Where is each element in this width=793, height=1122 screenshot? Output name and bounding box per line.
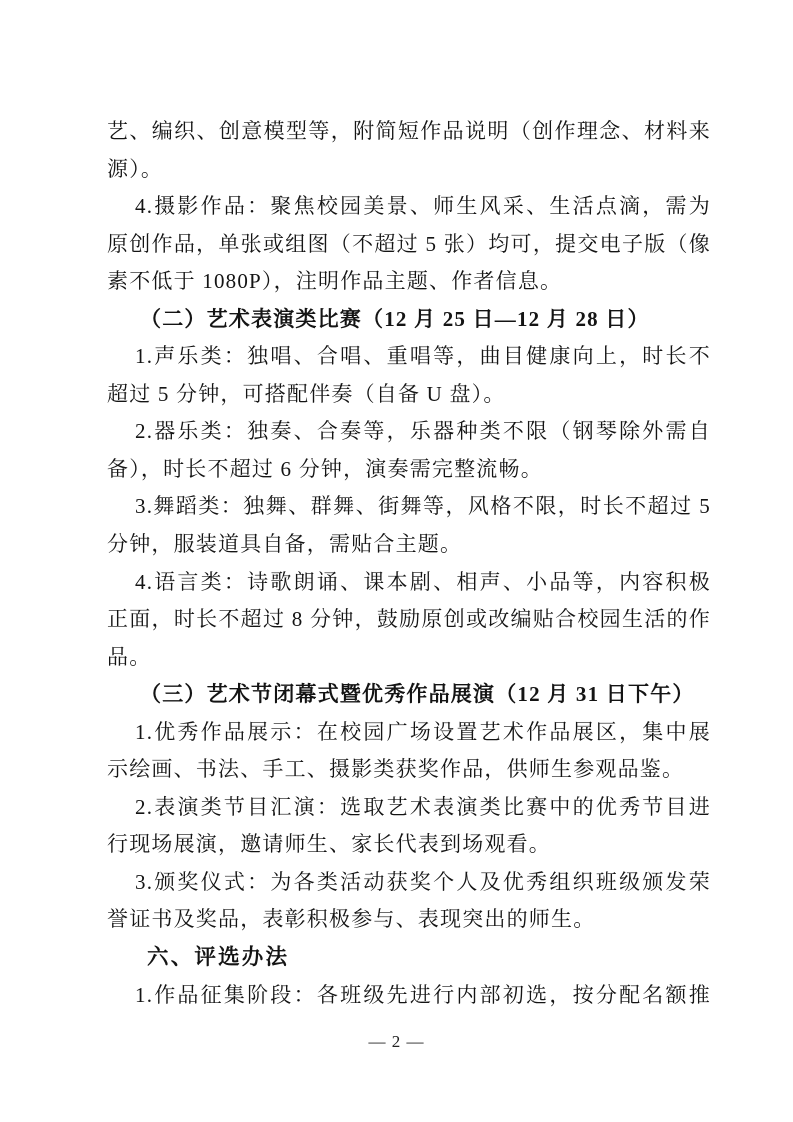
text-line: 1.声乐类：独唱、合唱、重唱等，曲目健康向上，时长不 (107, 338, 711, 376)
text-line: 品。 (107, 639, 711, 677)
page-footer: — 2 — (0, 1031, 793, 1053)
text-line: 4.摄影作品：聚焦校园美景、师生风采、生活点滴，需为 (107, 188, 711, 226)
text-line: 源）。 (107, 151, 711, 189)
text-line: 3.舞蹈类：独舞、群舞、街舞等，风格不限，时长不超过 5 (107, 488, 711, 526)
text-line: 1.作品征集阶段：各班级先进行内部初选，按分配名额推 (107, 977, 711, 1015)
text-line: 2.表演类节目汇演：选取艺术表演类比赛中的优秀节目进 (107, 789, 711, 827)
text-line: 1.优秀作品展示：在校园广场设置艺术作品展区，集中展 (107, 714, 711, 752)
text-line: 备），时长不超过 6 分钟，演奏需完整流畅。 (107, 451, 711, 489)
page-number: — 2 — (369, 1032, 425, 1051)
document-body: 艺、编织、创意模型等，附简短作品说明（创作理念、材料来源）。4.摄影作品：聚焦校… (107, 113, 711, 1014)
text-line: 3.颁奖仪式：为各类活动获奖个人及优秀组织班级颁发荣 (107, 864, 711, 902)
text-line: 艺、编织、创意模型等，附简短作品说明（创作理念、材料来 (107, 113, 711, 151)
text-line: 原创作品，单张或组图（不超过 5 张）均可，提交电子版（像 (107, 226, 711, 264)
text-line: 素不低于 1080P），注明作品主题、作者信息。 (107, 263, 711, 301)
text-line: 示绘画、书法、手工、摄影类获奖作品，供师生参观品鉴。 (107, 751, 711, 789)
text-line: 正面，时长不超过 8 分钟，鼓励原创或改编贴合校园生活的作 (107, 601, 711, 639)
heading-line: （三）艺术节闭幕式暨优秀作品展演（12 月 31 日下午） (107, 676, 711, 714)
heading-line: （二）艺术表演类比赛（12 月 25 日—12 月 28 日） (107, 301, 711, 339)
text-line: 超过 5 分钟，可搭配伴奏（自备 U 盘）。 (107, 376, 711, 414)
text-line: 4.语言类：诗歌朗诵、课本剧、相声、小品等，内容积极 (107, 564, 711, 602)
text-line: 2.器乐类：独奏、合奏等，乐器种类不限（钢琴除外需自 (107, 413, 711, 451)
text-line: 行现场展演，邀请师生、家长代表到场观看。 (107, 826, 711, 864)
text-line: 誉证书及奖品，表彰积极参与、表现突出的师生。 (107, 901, 711, 939)
heading-line: 六、评选办法 (107, 939, 711, 977)
text-line: 分钟，服装道具自备，需贴合主题。 (107, 526, 711, 564)
document-page: 艺、编织、创意模型等，附简短作品说明（创作理念、材料来源）。4.摄影作品：聚焦校… (0, 0, 793, 1122)
